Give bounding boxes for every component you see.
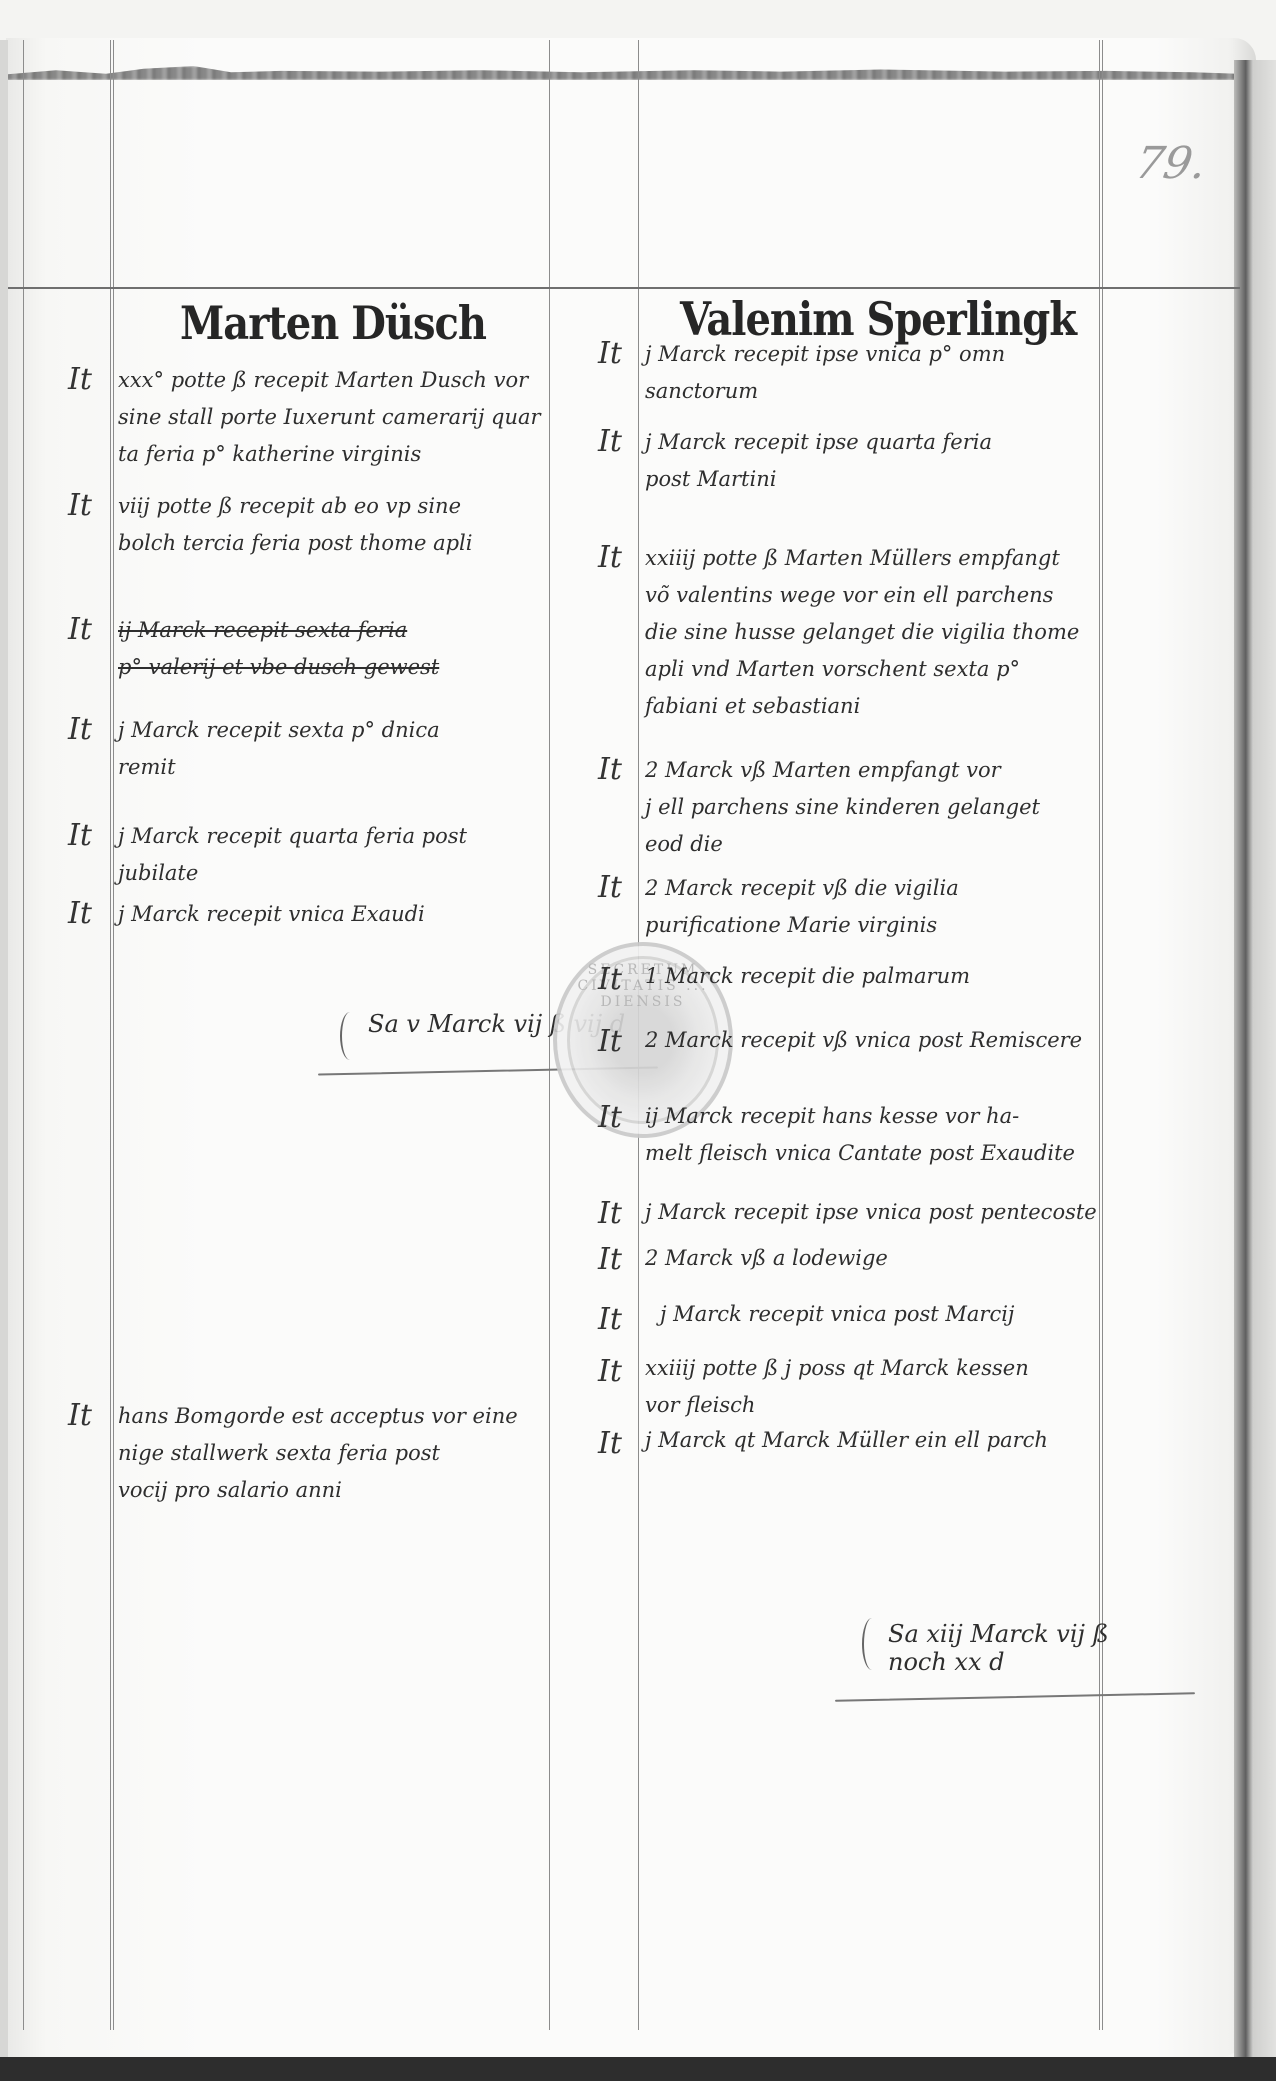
item-marker: It [598,1100,622,1135]
item-marker: It [598,1354,622,1389]
ledger-entry: j Marck recepit ipse vnica p° omn sancto… [645,336,1105,410]
item-marker: It [598,424,622,459]
item-marker: It [68,1398,92,1433]
ledger-entry: 2 Marck vß a lodewige [645,1240,1105,1277]
item-marker: It [598,540,622,575]
item-marker: It [598,1426,622,1461]
ledger-entry: j Marck recepit ipse quarta feria post M… [645,424,1105,498]
ledger-entry: ij Marck recepit hans kesse vor ha- melt… [645,1098,1105,1172]
column-heading-marten: Marten Düsch [180,296,486,350]
item-marker: It [68,712,92,747]
item-marker: It [598,752,622,787]
ledger-entry: 2 Marck vß Marten empfangt vor j ell par… [645,752,1105,863]
item-marker: It [68,362,92,397]
rule-line [110,40,111,2030]
rule-line [113,40,114,2030]
torn-page-edge [6,66,1256,80]
ledger-entry: 2 Marck recepit vß vnica post Remiscere [645,1022,1115,1059]
ledger-entry: hans Bomgorde est acceptus vor eine nige… [118,1398,558,1509]
folio-number: 79. [1132,138,1211,189]
item-marker: It [68,612,92,647]
item-marker: It [598,1024,622,1059]
ledger-entry-struck: ij Marck recepit sexta feria p° valerij … [118,612,558,686]
ledger-entry: 1 Marck recepit die palmarum [645,958,1105,995]
rule-line [23,40,24,2030]
binding-gutter [0,40,8,2060]
ledger-entry: viij potte ß recepit ab eo vp sine bolch… [118,488,558,562]
item-marker: It [598,962,622,997]
item-marker: It [68,896,92,931]
item-marker: It [598,1302,622,1337]
item-marker: It [598,336,622,371]
ledger-entry: j Marck recepit quarta feria post jubila… [118,818,558,892]
total-bracket [340,1012,360,1060]
ledger-entry: j Marck recepit vnica Exaudi [118,896,558,933]
column-total: Sa xiij Marck vij ß noch xx d [888,1620,1109,1676]
ledger-entry: j Marck recepit ipse vnica post pentecos… [645,1194,1115,1231]
header-rule-line [8,287,1240,289]
ledger-entry: j Marck qt Marck Müller ein ell parch [645,1422,1125,1459]
ledger-entry: xxiiij potte ß j poss qt Marck kessen vo… [645,1350,1115,1424]
item-marker: It [598,1242,622,1277]
ledger-entry: j Marck recepit sexta p° dnica remit [118,712,558,786]
item-marker: It [68,818,92,853]
item-marker: It [598,1196,622,1231]
total-bracket [862,1618,882,1670]
ledger-entry: xxx° potte ß recepit Marten Dusch vor si… [118,362,558,473]
item-marker: It [598,870,622,905]
ledger-entry: xxiiij potte ß Marten Müllers empfangt v… [645,540,1105,725]
page-fore-edge [1234,60,1276,2060]
item-marker: It [68,488,92,523]
scan-background-strip [0,2057,1276,2081]
ledger-entry: j Marck recepit vnica post Marcij [660,1296,1120,1333]
ledger-entry: 2 Marck recepit vß die vigilia purificat… [645,870,1105,944]
